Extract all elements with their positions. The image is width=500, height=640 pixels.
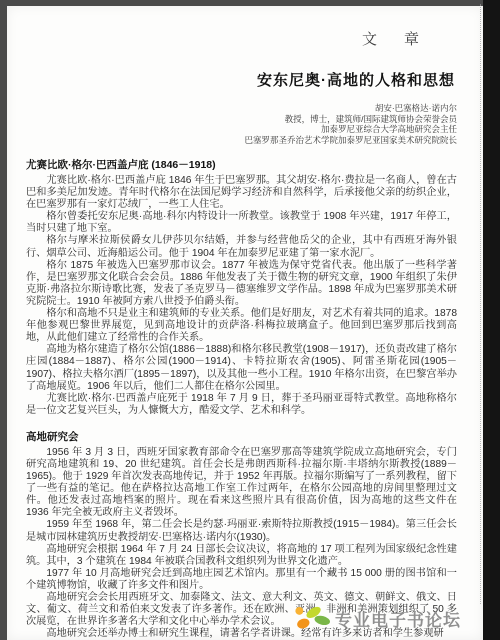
- author-block: 胡安·巴塞格达·诺内尔 教授，博士，建筑师/国际建筑师协会荣誉会员 加泰罗尼亚综…: [26, 103, 457, 145]
- paragraph: 格尔和高地不只是业主和建筑师的专业关系。他们是好朋友，对艺术有着共同的追求。18…: [26, 308, 457, 344]
- paragraph: 格尔与摩米拉斯侯爵女儿伊莎贝尔结婚，并参与经营他岳父的企业，其中有西班牙海外银行…: [26, 235, 457, 259]
- author-credential: 教授，博士，建筑师/国际建筑师协会荣誉会员: [26, 114, 457, 125]
- scan-edge-right: [483, 0, 500, 640]
- forum-logo-icon: [293, 603, 331, 633]
- paragraph: 高地研究会根据 1964 年 7 月 24 日部长会议决议，将高地的 17 项工…: [26, 544, 457, 568]
- running-head: 文 章: [26, 28, 457, 49]
- paragraph: 1959 年至 1968 年，第二任会长是约瑟·玛丽亚·索斯特拉斯教授(1915…: [26, 519, 457, 543]
- paragraph: 1977 年 10 月高地研究会迁到高地庄园艺术馆内。那里有一个藏书 15 00…: [26, 568, 457, 592]
- section-heading: 高地研究会: [26, 429, 457, 444]
- paragraph: 尤赛比欧·格尔·巴西盖卢庇死于 1918 年 7 月 9 日，葬于圣玛丽亚哥特式…: [26, 393, 457, 417]
- paragraph: 尤赛比欧·格尔·巴西盖卢庇 1846 年生于巴塞罗那。其父胡安·格尔·费拉是一名…: [26, 175, 457, 211]
- article-body: 尤赛比欧·格尔·巴西盖卢庇 (1846－1918)尤赛比欧·格尔·巴西盖卢庇 1…: [26, 157, 457, 640]
- paragraph: 格尔曾委托安东尼奥·高地·科尔内特设计一所教堂。该教堂于 1908 年兴建，19…: [26, 211, 457, 235]
- author-credential: 巴塞罗那圣乔治艺术学院加泰罗尼亚国家美术研究院院长: [26, 135, 457, 146]
- page-content: 文 章 安东尼奥·高地的人格和思想 胡安·巴塞格达·诺内尔 教授，博士，建筑师/…: [7, 28, 483, 640]
- watermark-text: 专业电子书论坛: [335, 606, 461, 631]
- watermark: 专业电子书论坛: [293, 603, 461, 633]
- document-page: 文 章 安东尼奥·高地的人格和思想 胡安·巴塞格达·诺内尔 教授，博士，建筑师/…: [7, 6, 483, 640]
- paragraph: 1956 年 3 月 3 日，西班牙国家教育部命令在巴塞罗那高等建筑学院成立高地…: [26, 447, 457, 520]
- paragraph: 格尔 1875 年被选入巴塞罗那市议会。1877 年被选为保守党省代表。他出版了…: [26, 260, 457, 308]
- scanned-page-background: 文 章 安东尼奥·高地的人格和思想 胡安·巴塞格达·诺内尔 教授，博士，建筑师/…: [0, 0, 500, 640]
- article-title: 安东尼奥·高地的人格和思想: [26, 69, 457, 90]
- scan-edge-artifacts: [480, 4, 481, 604]
- author-name: 胡安·巴塞格达·诺内尔: [26, 103, 457, 114]
- author-credential: 加泰罗尼亚综合大学高地研究会主任: [26, 124, 457, 135]
- paragraph: 高地为格尔建造了格尔公馆(1886－1888)和格尔移民教堂(1908－1917…: [26, 344, 457, 392]
- section-heading: 尤赛比欧·格尔·巴西盖卢庇 (1846－1918): [26, 157, 457, 172]
